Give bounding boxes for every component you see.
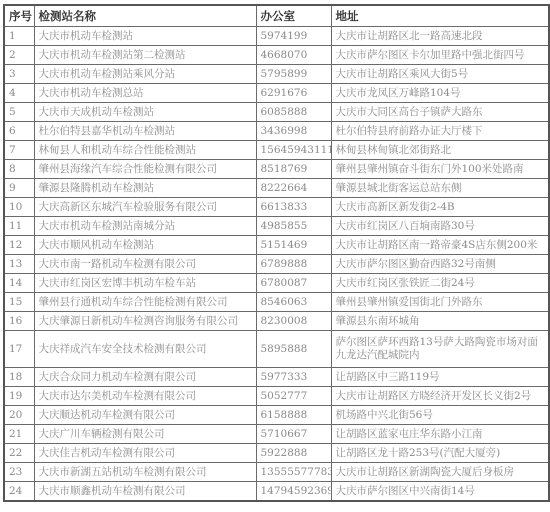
seq-cell: 13 <box>4 255 34 274</box>
address-cell: 大庆市让胡路区北一路高速北段 <box>331 27 549 46</box>
seq-cell: 9 <box>4 179 34 198</box>
office-phone-cell: 5710667 <box>256 425 331 444</box>
address-cell: 肇源县东南环城角 <box>331 312 549 331</box>
station-name-cell: 大庆市机动车检测站南城分站 <box>34 217 256 236</box>
table-row: 10大庆高新区东城汽车检验服务有限公司6613833大庆市高新区新发街2-4B <box>4 198 549 217</box>
station-name-cell: 大庆市天成机动车检测站 <box>34 103 256 122</box>
table-container: 序号 检测站名称 办公室 地址 1大庆市机动车检测站5974199大庆市让胡路区… <box>3 4 550 502</box>
table-row: 15肇州县行通机动车综合性能检测有限公司8546063肇州县肇州镇爱国街北门外路… <box>4 293 549 312</box>
table-row: 18大庆合众同力机动车检测有限公司5977333让胡路区中三路119号 <box>4 368 549 387</box>
station-name-cell: 林甸县人和机动车综合性能检测站 <box>34 141 256 160</box>
seq-cell: 15 <box>4 293 34 312</box>
table-row: 20大庆顺达机动车检测有限公司6158888机场路中兴北街56号 <box>4 406 549 425</box>
seq-cell: 1 <box>4 27 34 46</box>
seq-cell: 4 <box>4 84 34 103</box>
table-row: 2大庆市机动车检测站第二检测站4668070大庆市萨尔图区卡尔加里路中强北街四号 <box>4 46 549 65</box>
table-row: 6杜尔伯特县嘉华机动车检测站3436998杜尔伯特县府前路办证大厅楼下 <box>4 122 549 141</box>
office-phone-cell: 6789888 <box>256 255 331 274</box>
seq-cell: 3 <box>4 65 34 84</box>
header-address: 地址 <box>331 5 549 27</box>
table-row: 5大庆市天成机动车检测站6085888大庆市大同区高台子镇萨大路东 <box>4 103 549 122</box>
header-row: 序号 检测站名称 办公室 地址 <box>4 5 549 27</box>
address-cell: 肇州县肇州镇爱国街北门外路东 <box>331 293 549 312</box>
seq-cell: 12 <box>4 236 34 255</box>
station-name-cell: 大庆肇源日新机动车检测咨询服务有限公司 <box>34 312 256 331</box>
office-phone-cell: 8518769 <box>256 160 331 179</box>
seq-cell: 23 <box>4 463 34 482</box>
station-name-cell: 大庆市机动车检测总站 <box>34 84 256 103</box>
station-name-cell: 大庆广川车辆检测有限公司 <box>34 425 256 444</box>
inspection-stations-table: 序号 检测站名称 办公室 地址 1大庆市机动车检测站5974199大庆市让胡路区… <box>3 4 550 502</box>
address-cell: 让胡路区中三路119号 <box>331 368 549 387</box>
office-phone-cell: 8230008 <box>256 312 331 331</box>
seq-cell: 6 <box>4 122 34 141</box>
address-cell: 大庆市让胡路区方晓经济开发区长义街2号 <box>331 387 549 406</box>
office-phone-cell: 14794592369 <box>256 482 331 502</box>
office-phone-cell: 3436998 <box>256 122 331 141</box>
seq-cell: 2 <box>4 46 34 65</box>
station-name-cell: 大庆市顺风机动车检测站 <box>34 236 256 255</box>
table-row: 22大庆佳吉机动车检测有限公司5922888让胡路区龙十路253号(汽配大厦旁) <box>4 444 549 463</box>
office-phone-cell: 5052777 <box>256 387 331 406</box>
office-phone-cell: 4985855 <box>256 217 331 236</box>
address-cell: 大庆市萨尔图区勤奋西路32号南侧 <box>331 255 549 274</box>
table-row: 21大庆广川车辆检测有限公司5710667让胡路区蓝家屯庄华东路小江南 <box>4 425 549 444</box>
address-cell: 杜尔伯特县府前路办证大厅楼下 <box>331 122 549 141</box>
address-cell: 大庆市龙凤区万峰路104号 <box>331 84 549 103</box>
address-cell: 大庆市萨尔图区中兴南街14号 <box>331 482 549 502</box>
address-cell: 大庆市让胡路区新湖陶瓷大厦后身板房 <box>331 463 549 482</box>
seq-cell: 21 <box>4 425 34 444</box>
table-row: 7林甸县人和机动车综合性能检测站15645943111林甸县林甸镇北郊街路北 <box>4 141 549 160</box>
address-cell: 让胡路区龙十路253号(汽配大厦旁) <box>331 444 549 463</box>
table-row: 24大庆市顺鑫机动车检测有限公司14794592369大庆市萨尔图区中兴南街14… <box>4 482 549 502</box>
address-cell: 大庆市萨尔图区卡尔加里路中强北街四号 <box>331 46 549 65</box>
station-name-cell: 肇州县行通机动车综合性能检测有限公司 <box>34 293 256 312</box>
table-row: 8肇州县海缘汽车综合性能检测有限公司8518769肇州县肇州镇奋斗街东门外100… <box>4 160 549 179</box>
address-cell: 林甸县林甸镇北郊街路北 <box>331 141 549 160</box>
table-row: 16大庆肇源日新机动车检测咨询服务有限公司8230008肇源县东南环城角 <box>4 312 549 331</box>
table-row: 9肇源县隆腾机动车检测站8222664肇源县城北街客运总站东侧 <box>4 179 549 198</box>
seq-cell: 7 <box>4 141 34 160</box>
seq-cell: 8 <box>4 160 34 179</box>
office-phone-cell: 15645943111 <box>256 141 331 160</box>
address-cell: 大庆市高新区新发街2-4B <box>331 198 549 217</box>
table-row: 17大庆祥成汽车安全技术检测有限公司5895888萨尔图区萨环西路13号萨大路陶… <box>4 331 549 368</box>
address-cell: 大庆市大同区高台子镇萨大路东 <box>331 103 549 122</box>
table-row: 3大庆市机动车检测站乘风分站5795899大庆市让胡路区乘风大街5号 <box>4 65 549 84</box>
address-cell: 大庆市让胡路区南一路帝豪4S店东侧200米 <box>331 236 549 255</box>
address-cell: 机场路中兴北街56号 <box>331 406 549 425</box>
seq-cell: 20 <box>4 406 34 425</box>
header-office-phone: 办公室 <box>256 5 331 27</box>
seq-cell: 22 <box>4 444 34 463</box>
station-name-cell: 大庆市红岗区宏博丰机动车检车站 <box>34 274 256 293</box>
office-phone-cell: 13555577783 <box>256 463 331 482</box>
office-phone-cell: 6085888 <box>256 103 331 122</box>
seq-cell: 18 <box>4 368 34 387</box>
seq-cell: 16 <box>4 312 34 331</box>
station-name-cell: 杜尔伯特县嘉华机动车检测站 <box>34 122 256 141</box>
seq-cell: 19 <box>4 387 34 406</box>
table-row: 23大庆市新湖五站机动车检测有限公司13555577783大庆市让胡路区新湖陶瓷… <box>4 463 549 482</box>
header-seq: 序号 <box>4 5 34 27</box>
office-phone-cell: 5795899 <box>256 65 331 84</box>
seq-cell: 24 <box>4 482 34 502</box>
table-row: 1大庆市机动车检测站5974199大庆市让胡路区北一路高速北段 <box>4 27 549 46</box>
station-name-cell: 大庆佳吉机动车检测有限公司 <box>34 444 256 463</box>
station-name-cell: 大庆市新湖五站机动车检测有限公司 <box>34 463 256 482</box>
seq-cell: 5 <box>4 103 34 122</box>
table-row: 4大庆市机动车检测总站6291676大庆市龙凤区万峰路104号 <box>4 84 549 103</box>
seq-cell: 11 <box>4 217 34 236</box>
station-name-cell: 大庆祥成汽车安全技术检测有限公司 <box>34 331 256 368</box>
station-name-cell: 大庆高新区东城汽车检验服务有限公司 <box>34 198 256 217</box>
table-row: 13大庆市南一路机动车检测有限公司6789888大庆市萨尔图区勤奋西路32号南侧 <box>4 255 549 274</box>
station-name-cell: 大庆合众同力机动车检测有限公司 <box>34 368 256 387</box>
table-row: 11大庆市机动车检测站南城分站4985855大庆市红岗区八百垧南路30号 <box>4 217 549 236</box>
station-name-cell: 大庆市机动车检测站 <box>34 27 256 46</box>
station-name-cell: 大庆市顺鑫机动车检测有限公司 <box>34 482 256 502</box>
address-cell: 大庆市红岗区张铁匠二街24号 <box>331 274 549 293</box>
header-station-name: 检测站名称 <box>34 5 256 27</box>
address-cell: 萨尔图区萨环西路13号萨大路陶瓷市场对面九龙达汽配城院内 <box>331 331 549 368</box>
office-phone-cell: 5895888 <box>256 331 331 368</box>
office-phone-cell: 5151469 <box>256 236 331 255</box>
address-cell: 肇州县肇州镇奋斗街东门外100米处路南 <box>331 160 549 179</box>
seq-cell: 14 <box>4 274 34 293</box>
address-cell: 让胡路区蓝家屯庄华东路小江南 <box>331 425 549 444</box>
table-row: 14大庆市红岗区宏博丰机动车检车站6780087大庆市红岗区张铁匠二街24号 <box>4 274 549 293</box>
office-phone-cell: 6613833 <box>256 198 331 217</box>
table-row: 12大庆市顺风机动车检测站5151469大庆市让胡路区南一路帝豪4S店东侧200… <box>4 236 549 255</box>
office-phone-cell: 6158888 <box>256 406 331 425</box>
address-cell: 大庆市让胡路区乘风大街5号 <box>331 65 549 84</box>
office-phone-cell: 8222664 <box>256 179 331 198</box>
station-name-cell: 大庆市达尔美机动车检测有限公司 <box>34 387 256 406</box>
station-name-cell: 肇州县海缘汽车综合性能检测有限公司 <box>34 160 256 179</box>
station-name-cell: 大庆市机动车检测站第二检测站 <box>34 46 256 65</box>
seq-cell: 17 <box>4 331 34 368</box>
station-name-cell: 大庆市机动车检测站乘风分站 <box>34 65 256 84</box>
office-phone-cell: 6291676 <box>256 84 331 103</box>
table-row: 19大庆市达尔美机动车检测有限公司5052777大庆市让胡路区方晓经济开发区长义… <box>4 387 549 406</box>
office-phone-cell: 5977333 <box>256 368 331 387</box>
office-phone-cell: 8546063 <box>256 293 331 312</box>
office-phone-cell: 5974199 <box>256 27 331 46</box>
office-phone-cell: 4668070 <box>256 46 331 65</box>
station-name-cell: 大庆顺达机动车检测有限公司 <box>34 406 256 425</box>
seq-cell: 10 <box>4 198 34 217</box>
station-name-cell: 肇源县隆腾机动车检测站 <box>34 179 256 198</box>
station-name-cell: 大庆市南一路机动车检测有限公司 <box>34 255 256 274</box>
office-phone-cell: 6780087 <box>256 274 331 293</box>
office-phone-cell: 5922888 <box>256 444 331 463</box>
address-cell: 肇源县城北街客运总站东侧 <box>331 179 549 198</box>
address-cell: 大庆市红岗区八百垧南路30号 <box>331 217 549 236</box>
